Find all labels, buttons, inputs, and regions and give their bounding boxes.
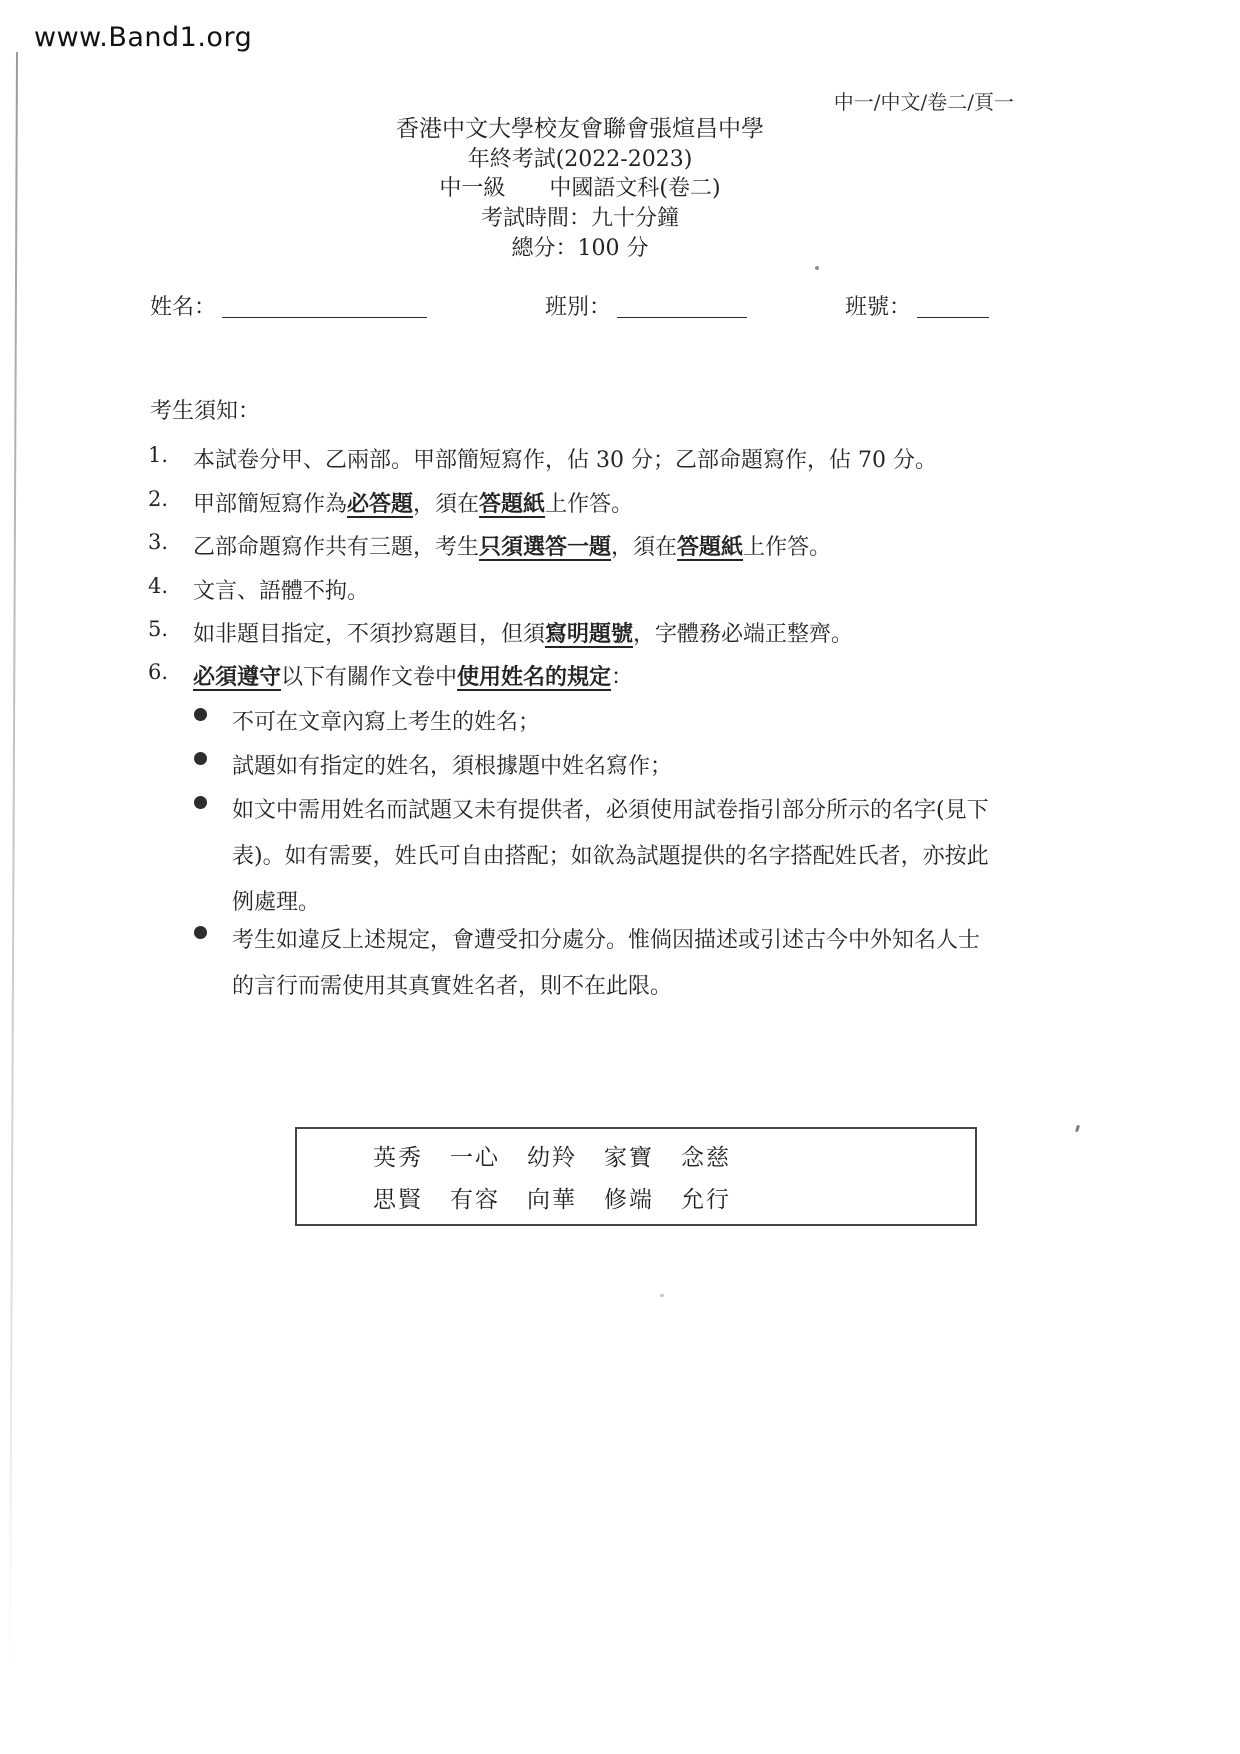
bullet-icon bbox=[194, 796, 207, 809]
scan-edge-artifact bbox=[9, 52, 18, 1672]
allowed-name: 向華 bbox=[527, 1181, 577, 1214]
class-label: 班別： bbox=[545, 295, 611, 320]
note-item-5-text: 如非題目指定，不須抄寫題目，但須寫明題號，字體務必端正整齊。 bbox=[193, 617, 853, 648]
note-item-5-number: 5. bbox=[148, 617, 168, 641]
school-name: 香港中文大學校友會聯會張煊昌中學 bbox=[0, 110, 1160, 143]
allowed-names-row-2: 思賢有容向華修端允行 bbox=[297, 1181, 975, 1214]
exam-title: 年終考試(2022-2023) bbox=[0, 142, 1160, 173]
bullet-icon bbox=[194, 708, 207, 721]
allowed-names-row-1: 英秀一心幼羚家寶念慈 bbox=[297, 1139, 975, 1172]
class-number-label: 班號： bbox=[845, 295, 911, 320]
rule-bullet-4-text: 考生如違反上述規定，會遭受扣分處分。惟倘因描述或引述古今中外知名人士的言行而需使… bbox=[232, 918, 1032, 1010]
note-item-1-number: 1. bbox=[148, 443, 168, 467]
note-item-3-text: 乙部命題寫作共有三題，考生只須選答一題，須在答題紙上作答。 bbox=[193, 530, 831, 561]
student-name-blank-line bbox=[222, 293, 427, 318]
allowed-name: 有容 bbox=[450, 1181, 500, 1214]
allowed-name: 念慈 bbox=[681, 1139, 731, 1172]
student-name-label: 姓名： bbox=[150, 295, 216, 320]
scan-speck bbox=[1075, 1125, 1080, 1133]
allowed-name: 修端 bbox=[604, 1181, 654, 1214]
note-item-4-number: 4. bbox=[148, 574, 168, 598]
class-number-blank-line bbox=[917, 293, 989, 318]
note-item-2-text: 甲部簡短寫作為必答題，須在答題紙上作答。 bbox=[193, 487, 633, 518]
note-item-2-number: 2. bbox=[148, 487, 168, 511]
allowed-name: 允行 bbox=[681, 1181, 731, 1214]
scan-speck bbox=[660, 1294, 664, 1297]
rule-bullet-3-text: 如文中需用姓名而試題又未有提供者，必須使用試卷指引部分所示的名字(見下表)。如有… bbox=[232, 788, 1032, 926]
allowed-name: 幼羚 bbox=[527, 1139, 577, 1172]
scan-speck bbox=[815, 266, 819, 270]
bullet-icon bbox=[194, 752, 207, 765]
notes-heading: 考生須知： bbox=[150, 394, 260, 425]
note-item-1-text: 本試卷分甲、乙兩部。甲部簡短寫作，佔 30 分；乙部命題寫作，佔 70 分。 bbox=[193, 443, 937, 474]
watermark-url: www.Band1.org bbox=[34, 22, 252, 53]
note-item-4-text: 文言、語體不拘。 bbox=[193, 574, 369, 605]
note-item-3-number: 3. bbox=[148, 530, 168, 554]
class-number-field: 班號： bbox=[845, 290, 989, 321]
note-item-6-text: 必須遵守以下有關作文卷中使用姓名的規定： bbox=[193, 660, 633, 691]
note-item-6-number: 6. bbox=[148, 660, 168, 684]
exam-duration: 考試時間：九十分鐘 bbox=[0, 201, 1160, 232]
allowed-names-table: 英秀一心幼羚家寶念慈 思賢有容向華修端允行 bbox=[295, 1127, 977, 1226]
rule-bullet-1-text: 不可在文章內寫上考生的姓名； bbox=[232, 700, 1032, 746]
allowed-name: 一心 bbox=[450, 1139, 500, 1172]
class-blank-line bbox=[617, 293, 747, 318]
class-subject: 中一級 中國語文科(卷二) bbox=[0, 171, 1160, 202]
allowed-name: 家寶 bbox=[604, 1139, 654, 1172]
allowed-name: 思賢 bbox=[373, 1181, 423, 1214]
rule-bullet-2-text: 試題如有指定的姓名，須根據題中姓名寫作； bbox=[232, 744, 1032, 790]
student-name-field: 姓名： bbox=[150, 290, 427, 321]
class-field: 班別： bbox=[545, 290, 747, 321]
total-marks: 總分：100 分 bbox=[0, 231, 1160, 262]
bullet-icon bbox=[194, 926, 207, 939]
allowed-name: 英秀 bbox=[373, 1139, 423, 1172]
